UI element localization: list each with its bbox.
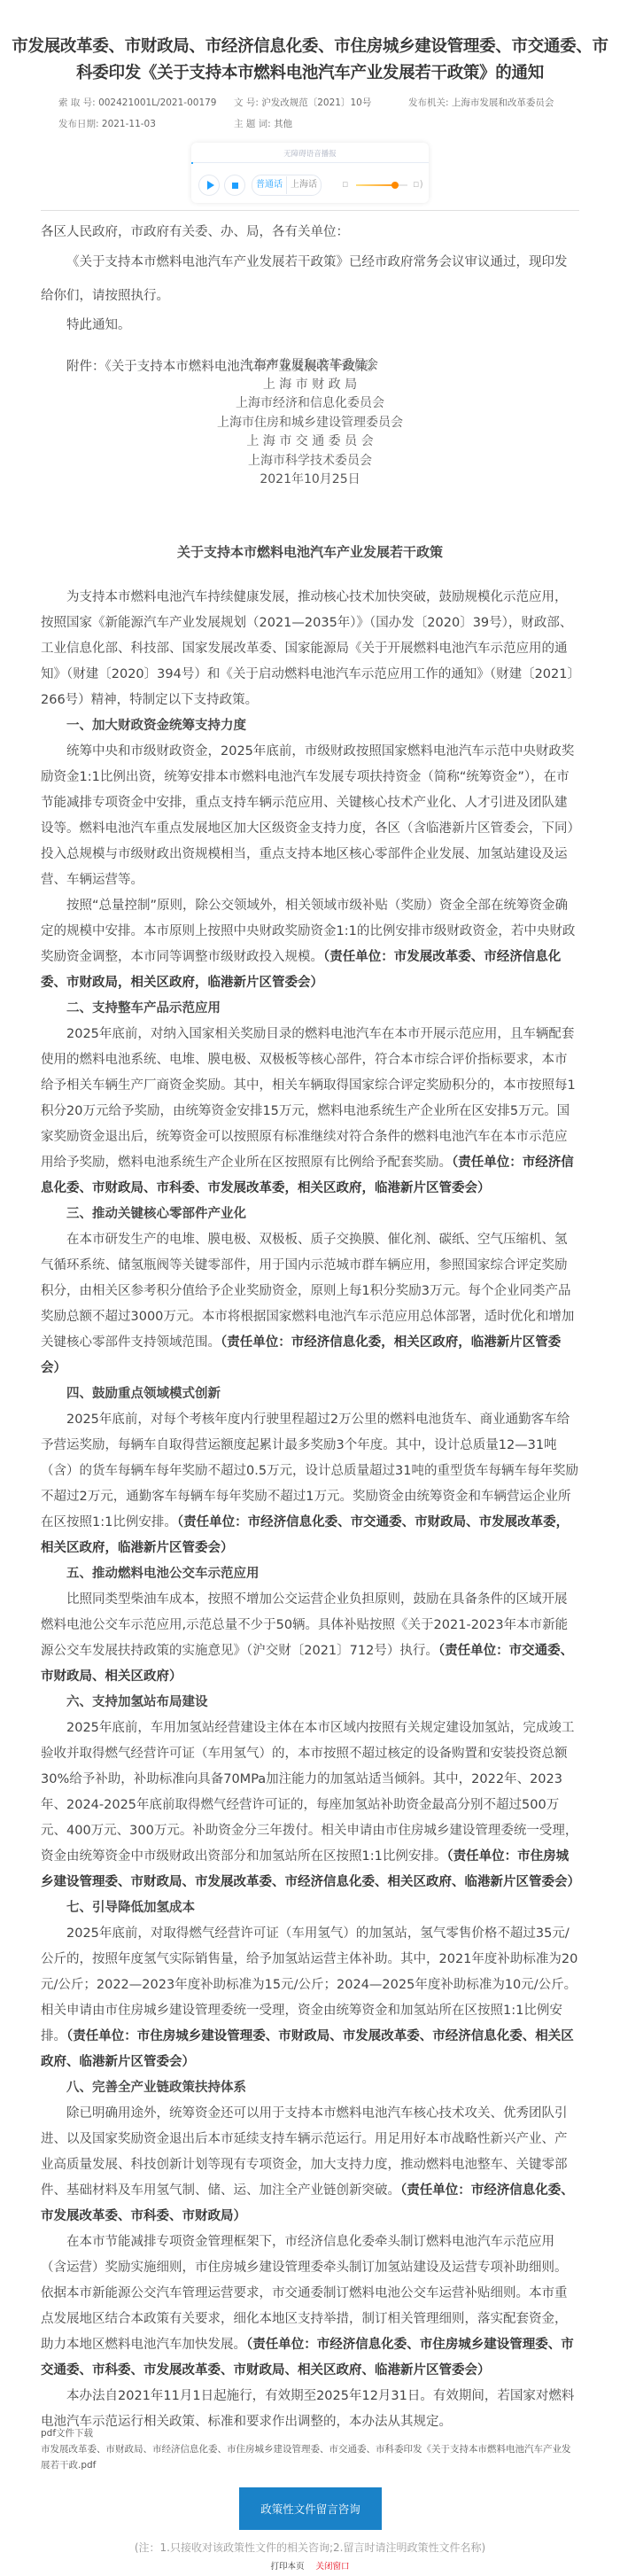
divider: [41, 210, 579, 211]
section-paragraph: 在本市研发生产的电堆、膜电极、双极板、质子交换膜、催化剂、碳纸、空气压缩机、氢气…: [41, 1227, 579, 1381]
audio-player: 无障碍语音播报 普通话 上海话 ▫ ▫): [191, 143, 429, 203]
meta-date-value: 2021-11-03: [102, 119, 156, 129]
close-window-link[interactable]: 关闭窗口: [316, 2562, 350, 2572]
language-switch: 普通话 上海话: [252, 175, 322, 196]
meta-date: 发布日期: 2021-11-03: [58, 117, 156, 130]
paragraph-text: 2025年底前，对每个考核年度内行驶里程超过2万公里的燃料电池货车、商业通勤客车…: [41, 1413, 578, 1529]
meta-index-no: 索 取 号: 002421001L/2021-00179: [58, 96, 217, 109]
document-page: 市发展改革委、市财政局、市经济信息化委、市住房城乡建设管理委、市交通委、市科委印…: [0, 0, 620, 2576]
section-heading: 三、推动关键核心零部件产业化: [41, 1202, 579, 1227]
meta-issuer-value: 上海市发展和改革委员会: [452, 97, 554, 108]
paragraph-text: 2025年底前，对纳入国家相关奖励目录的燃料电池汽车在本市开展示范应用，且车辆配…: [41, 1027, 576, 1170]
stop-icon: [232, 183, 238, 189]
meta-doc-no-value: 沪发改规范〔2021〕10号: [261, 97, 371, 108]
signatory: 上海市科学技术委员会: [89, 452, 531, 471]
page-title: 市发展改革委、市财政局、市经济信息化委、市住房城乡建设管理委、市交通委、市科委印…: [5, 34, 615, 87]
meta-topic-value: 其他: [274, 119, 292, 129]
lang-mandarin-button[interactable]: 普通话: [252, 176, 286, 194]
section-heading: 七、引导降低加氢成本: [41, 1895, 579, 1921]
meta-index-no-label: 索 取 号:: [58, 97, 96, 108]
meta-index-no-value: 002421001L/2021-00179: [98, 97, 216, 108]
section-heading: 一、加大财政资金统筹支持力度: [41, 713, 579, 739]
responsible-units: （责任单位：市住房城乡建设管理委、市财政局、市发展改革委、市经济信息化委、相关区…: [41, 2029, 574, 2069]
play-button[interactable]: [198, 175, 220, 196]
salutation: 各区人民政府，市政府有关委、办、局，各有关单位：: [41, 220, 579, 245]
volume-low-icon: ▫: [342, 178, 348, 190]
paragraph-text: 统筹中央和市级财政资金，2025年底前，市级财政按照国家燃料电池汽车示范中央财政…: [41, 744, 574, 887]
volume-slider-fill: [356, 184, 395, 186]
signature-date: 2021年10月25日: [89, 471, 531, 490]
meta-issuer-label: 发布机关:: [408, 97, 449, 108]
paragraph-text: 本办法自2021年11月1日起施行，有效期至2025年12月31日。有效期间，若…: [41, 2389, 574, 2429]
consult-note: (注：1.只接收对该政策性文件的相关咨询;2.留言时请注明政策性文件名称): [41, 2540, 579, 2555]
section-paragraph: 2025年底前，对取得燃气经营许可证（车用氢气）的加氢站，氢气零售价格不超过35…: [41, 1921, 579, 2075]
section-heading: 八、完善全产业链政策扶持体系: [41, 2075, 579, 2101]
volume-slider[interactable]: [356, 184, 407, 186]
signatory: 上海市发展和改革委员会: [89, 356, 531, 376]
meta-date-label: 发布日期:: [58, 119, 99, 129]
signatory: 上 海 市 财 政 局: [89, 376, 531, 395]
section-paragraph: 按照“总量控制”原则，除公交领域外，相关领域市级补贴（奖励）资金全部在统筹资金确…: [41, 893, 579, 996]
section-paragraph: 比照同类型柴油车成本，按照不增加公交运营企业负担原则，鼓励在具备条件的区域开展燃…: [41, 1587, 579, 1690]
print-page-link[interactable]: 打印本页: [270, 2562, 304, 2572]
volume-slider-knob[interactable]: [391, 182, 399, 189]
volume-high-icon: ▫): [413, 178, 423, 190]
signatories: 上海市发展和改革委员会 上 海 市 财 政 局 上海市经济和信息化委员会 上海市…: [89, 356, 531, 490]
stop-button[interactable]: [224, 175, 245, 196]
footer-links: 打印本页 关闭窗口: [41, 2559, 579, 2572]
audio-progress-bar[interactable]: [191, 162, 193, 164]
signatory: 上海市经济和信息化委员会: [89, 394, 531, 414]
lang-shanghainese-button[interactable]: 上海话: [286, 176, 321, 194]
signatory: 上 海 市 交 通 委 员 会: [89, 432, 531, 452]
download-section: pdf文件下载 市发展改革委、市财政局、市经济信息化委、市住房城乡建设管理委、市…: [41, 2425, 579, 2473]
notice-closing: 特此通知。: [41, 313, 579, 339]
play-icon: [207, 181, 214, 190]
policy-heading: 关于支持本市燃料电池汽车产业发展若干政策: [41, 542, 579, 561]
meta-doc-no-label: 文 号:: [234, 97, 259, 108]
paragraph-text: 2025年底前，车用加氢站经营建设主体在本市区域内按照有关规定建设加氢站，完成竣…: [41, 1721, 577, 1864]
section-paragraph: 除已明确用途外，统筹资金还可以用于支持本市燃料电池汽车核心技术攻关、优秀团队引进…: [41, 2101, 579, 2230]
meta-issuer: 发布机关: 上海市发展和改革委员会: [408, 96, 554, 109]
section-paragraph: 2025年底前，对每个考核年度内行驶里程超过2万公里的燃料电池货车、商业通勤客车…: [41, 1407, 579, 1561]
policy-intro: 为支持本市燃料电池汽车持续健康发展，推动核心技术加快突破，鼓励规模化示范应用，按…: [41, 585, 579, 713]
policy-consult-button[interactable]: 政策性文件留言咨询: [239, 2487, 382, 2530]
section-paragraph: 统筹中央和市级财政资金，2025年底前，市级财政按照国家燃料电池汽车示范中央财政…: [41, 739, 579, 893]
paragraph-text: 在本市研发生产的电堆、膜电极、双极板、质子交换膜、催化剂、碳纸、空气压缩机、氢气…: [41, 1233, 574, 1350]
meta-doc-no: 文 号: 沪发改规范〔2021〕10号: [234, 96, 371, 109]
paragraph-text: 2025年底前，对取得燃气经营许可证（车用氢气）的加氢站，氢气零售价格不超过35…: [41, 1926, 577, 2043]
section-paragraph: 2025年底前，车用加氢站经营建设主体在本市区域内按照有关规定建设加氢站，完成竣…: [41, 1716, 579, 1895]
section-heading: 四、鼓励重点领域模式创新: [41, 1381, 579, 1407]
policy-body: 为支持本市燃料电池汽车持续健康发展，推动核心技术加快突破，鼓励规模化示范应用，按…: [41, 585, 579, 2435]
section-heading: 二、支持整车产品示范应用: [41, 996, 579, 1022]
audio-player-title: 无障碍语音播报: [191, 143, 429, 163]
section-heading: 五、推动燃料电池公交车示范应用: [41, 1561, 579, 1587]
signatory: 上海市住房和城乡建设管理委员会: [89, 414, 531, 433]
section-paragraph: 在本市节能减排专项资金管理框架下，市经济信息化委牵头制订燃料电池汽车示范应用（含…: [41, 2230, 579, 2384]
paragraph-text: 在本市节能减排专项资金管理框架下，市经济信息化委牵头制订燃料电池汽车示范应用（含…: [41, 2235, 568, 2352]
download-label: pdf文件下载: [41, 2425, 579, 2441]
notice-paragraph: 《关于支持本市燃料电池汽车产业发展若干政策》已经市政府常务会议审议通过，现印发给…: [41, 245, 579, 313]
policy-sections: 一、加大财政资金统筹支持力度统筹中央和市级财政资金，2025年底前，市级财政按照…: [41, 713, 579, 2435]
pdf-download-link[interactable]: 市发展改革委、市财政局、市经济信息化委、市住房城乡建设管理委、市交通委、市科委印…: [41, 2444, 571, 2471]
section-heading: 六、支持加氢站布局建设: [41, 1690, 579, 1716]
meta-topic-label: 主 题 词:: [234, 119, 271, 129]
section-paragraph: 2025年底前，对纳入国家相关奖励目录的燃料电池汽车在本市开展示范应用，且车辆配…: [41, 1022, 579, 1202]
meta-topic: 主 题 词: 其他: [234, 117, 292, 130]
